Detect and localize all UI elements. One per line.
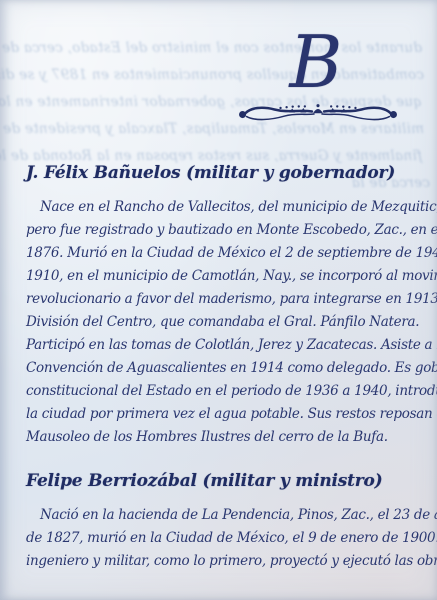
text-line: Participó en las tomas de Colotlán, Jere…	[26, 334, 431, 357]
text-line: 1876. Murió en la Ciudad de México el 2 …	[26, 242, 431, 265]
text-line: constitucional del Estado en el periodo …	[26, 380, 431, 403]
text-line: Mausoleo de los Hombres Ilustres del cer…	[26, 426, 431, 449]
text-line: la ciudad por primera vez el agua potabl…	[26, 403, 431, 426]
bleedthrough-line: militares en Morelos, Tamaulipas, Tlaxca…	[24, 121, 424, 137]
entry-body: Nace en el Rancho de Vallecitos, del mun…	[26, 196, 431, 449]
divider-ornament-icon	[237, 101, 399, 123]
entry-body: Nació en la hacienda de La Pendencia, Pi…	[26, 504, 431, 573]
text-line: Convención de Aguascalientes en 1914 com…	[26, 357, 431, 380]
text-line: 1910, en el municipio de Camotlán, Nay.,…	[26, 265, 431, 288]
entry-heading: J. Félix Bañuelos (militar y gobernador)	[26, 161, 431, 185]
text-line: Nació en la hacienda de La Pendencia, Pi…	[26, 504, 431, 527]
text-line: División del Centro, que comandaba el Gr…	[26, 311, 431, 334]
book-page: durante los momentos con el ministro del…	[0, 0, 437, 600]
text-line: revolucionario a favor del maderismo, pa…	[26, 288, 431, 311]
text-line: pero fue registrado y bautizado en Monte…	[26, 219, 431, 242]
text-line: Nace en el Rancho de Vallecitos, del mun…	[26, 196, 431, 219]
entry-heading: Felipe Berriozábal (militar y ministro)	[26, 469, 431, 493]
text-line: de 1827, murió en la Ciudad de México, e…	[26, 527, 431, 550]
section-letter-b: B	[266, 26, 366, 98]
entry-berriozabal: Felipe Berriozábal (militar y ministro) …	[26, 469, 431, 573]
text-line: ingeniero y militar, como lo primero, pr…	[26, 550, 431, 573]
entry-banuelos: J. Félix Bañuelos (militar y gobernador)…	[26, 161, 431, 449]
